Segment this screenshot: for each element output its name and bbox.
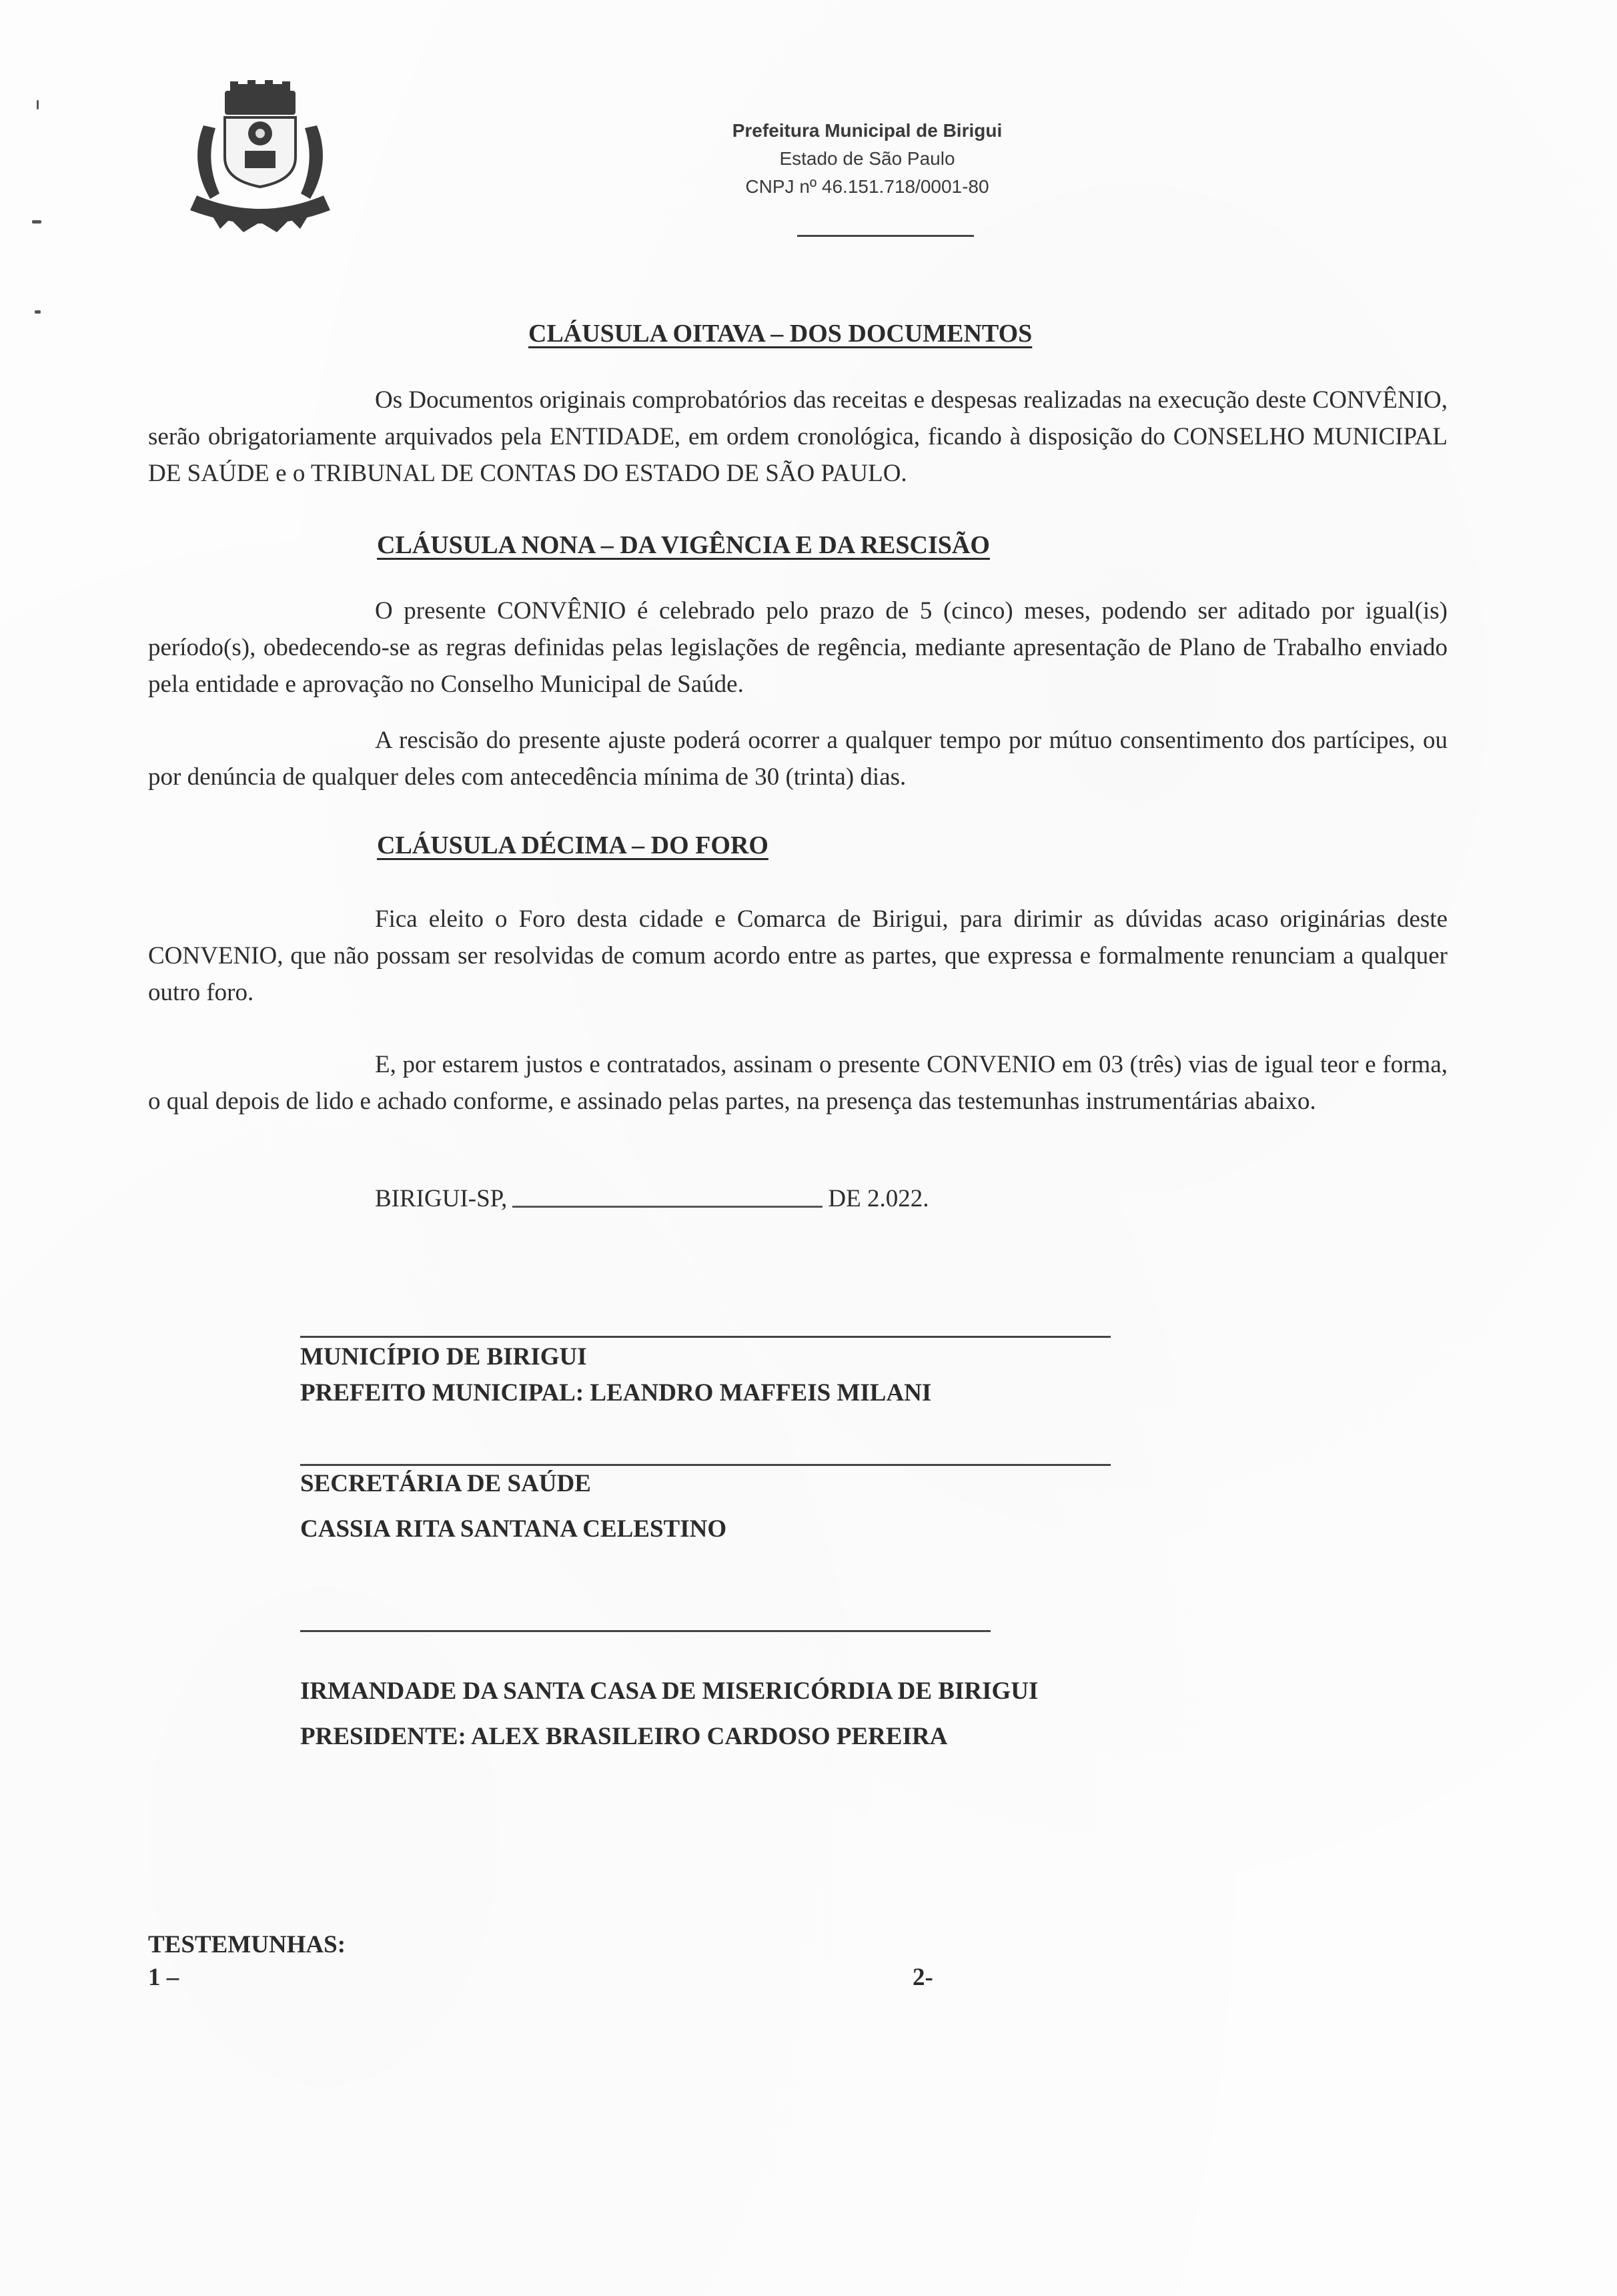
clause-tenth-paragraph-2: E, por estarem justos e contratados, ass… (148, 1046, 1448, 1120)
clause-ninth-paragraph-2: A rescisão do presente ajuste poderá oco… (148, 722, 1448, 795)
clause-ninth-title: CLÁUSULA NONA – DA VIGÊNCIA E DA RESCISÃ… (377, 530, 990, 560)
clause-ninth-paragraph-1: O presente CONVÊNIO é celebrado pelo pra… (148, 593, 1448, 703)
signatory-santa-casa: IRMANDADE DA SANTA CASA DE MISERICÓRDIA … (300, 1673, 1038, 1755)
witnesses-label: TESTEMUNHAS: (148, 1930, 346, 1959)
signature-line-santa-casa[interactable] (300, 1630, 991, 1632)
date-blank-field[interactable] (512, 1204, 823, 1208)
letterhead-cnpj: CNPJ nº 46.151.718/0001-80 (694, 173, 1041, 201)
signatory-municipality: MUNICÍPIO DE BIRIGUI PREFEITO MUNICIPAL:… (300, 1339, 931, 1411)
scan-speck (32, 220, 41, 224)
witness-2-label: 2- (913, 1963, 933, 1992)
signatory-health-secretary: SECRETÁRIA DE SAÚDE CASSIA RITA SANTANA … (300, 1466, 726, 1547)
letterhead-divider (797, 235, 974, 237)
letterhead-organization: Prefeitura Municipal de Birigui (694, 117, 1041, 145)
date-line: BIRIGUI-SP,DE 2.022. (375, 1184, 929, 1213)
letterhead-state: Estado de São Paulo (694, 145, 1041, 173)
clause-eighth-paragraph: Os Documentos originais comprobatórios d… (148, 382, 1448, 492)
clause-tenth-paragraph-1: Fica eleito o Foro desta cidade e Comarc… (148, 901, 1448, 1011)
letterhead: Prefeitura Municipal de Birigui Estado d… (694, 117, 1041, 201)
date-year: DE 2.022. (828, 1185, 929, 1212)
scan-speck (35, 310, 41, 314)
date-place: BIRIGUI-SP, (375, 1185, 507, 1212)
coat-of-arms-icon (183, 79, 337, 232)
document-page: Prefeitura Municipal de Birigui Estado d… (0, 0, 1617, 2296)
witness-1-label: 1 – (148, 1963, 179, 1992)
clause-tenth-title: CLÁUSULA DÉCIMA – DO FORO (377, 831, 768, 860)
scan-speck (37, 100, 39, 109)
clause-eighth-title: CLÁUSULA OITAVA – DOS DOCUMENTOS (528, 319, 1032, 348)
signature-line-municipality[interactable] (300, 1336, 1111, 1338)
